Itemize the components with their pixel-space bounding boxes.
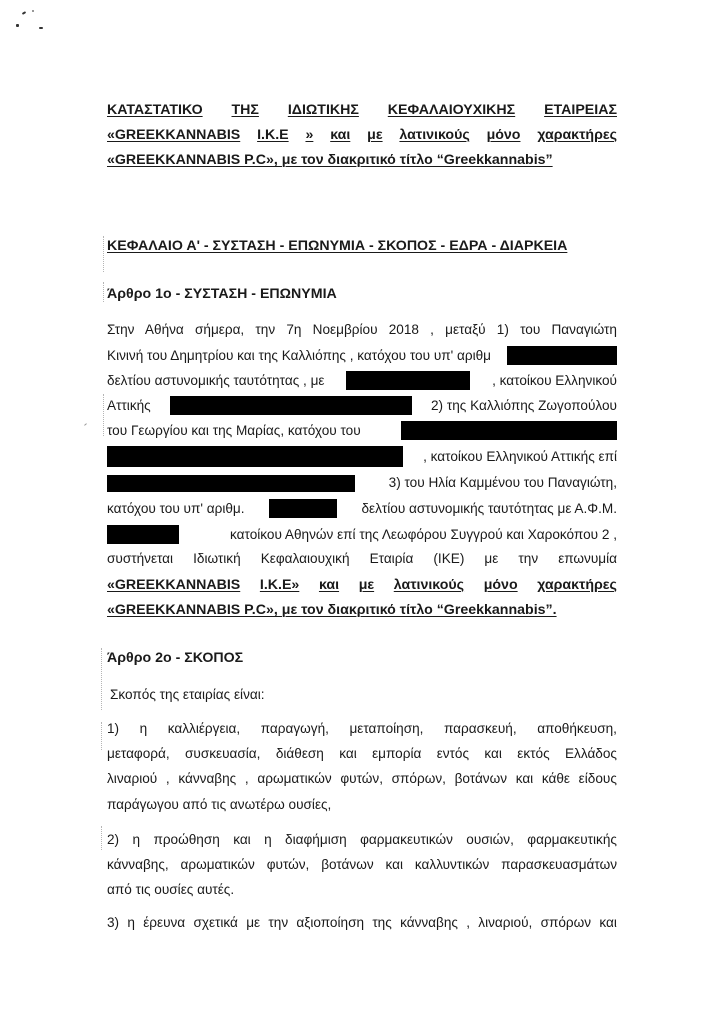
text-word: την bbox=[518, 550, 538, 568]
text-word: εμπορία bbox=[372, 745, 421, 763]
text-word: , bbox=[466, 914, 470, 932]
text-word: λιναριού, bbox=[478, 914, 532, 932]
article-1-line-5: του Γεωργίου και της Μαρίας, κατόχου του bbox=[107, 421, 617, 440]
text-word: με bbox=[484, 550, 498, 568]
article-1-line-8: κατόχου του υπ' αριθμ. δελτίου αστυνομικ… bbox=[107, 499, 617, 518]
text-segment: 3) του Ηλία Καμμένου του Παναγιώτη, bbox=[389, 474, 617, 492]
article-1-line-2: Κινινή του Δημητρίου και της Καλλιόπης ,… bbox=[107, 346, 617, 365]
margin-mark bbox=[101, 826, 103, 850]
text-word: Ιδιωτική bbox=[193, 550, 241, 568]
text-word: χαρακτήρες bbox=[537, 576, 617, 594]
text-word: I.K.E» bbox=[260, 576, 299, 594]
text-word: με bbox=[246, 914, 260, 932]
text-word: αποθήκευση, bbox=[537, 720, 617, 738]
article-1-heading: Άρθρο 1ο - ΣΥΣΤΑΣΗ - ΕΠΩΝΥΜΙΑ bbox=[107, 285, 617, 303]
margin-mark bbox=[101, 722, 103, 750]
redaction-box bbox=[401, 421, 617, 440]
redaction-box bbox=[107, 475, 355, 492]
text-word: διάθεση bbox=[276, 745, 324, 763]
article-1-line-7: 3) του Ηλία Καμμένου του Παναγιώτη, bbox=[107, 474, 617, 492]
text-word: Εταιρία bbox=[370, 550, 414, 568]
chapter-heading: ΚΕΦΑΛΑΙΟ Α' - ΣΥΣΤΑΣΗ - ΕΠΩΝΥΜΙΑ - ΣΚΟΠΟ… bbox=[107, 237, 617, 255]
text-word: η bbox=[132, 831, 140, 849]
scan-speck bbox=[84, 423, 87, 426]
text-word: και bbox=[339, 745, 357, 763]
redaction-box bbox=[269, 499, 337, 518]
margin-mark bbox=[101, 648, 103, 710]
title-word: ΚΑΤΑΣΤΑΤΙΚΟ bbox=[107, 101, 203, 119]
text-word: συστήνεται bbox=[107, 550, 173, 568]
article-1-line-12: «GREEKKANNABIS P.C», με τον διακριτικό τ… bbox=[107, 601, 617, 619]
title-word: με bbox=[367, 126, 382, 144]
text-word: κάνναβης, bbox=[107, 856, 169, 874]
article-2-item-1-line-4: παράγωγου από τις ανωτέρω ουσίες, bbox=[107, 796, 617, 814]
text-word: κάνναβης bbox=[400, 914, 458, 932]
text-word: ουσιών, bbox=[466, 831, 514, 849]
title-word: λατινικούς bbox=[399, 126, 469, 144]
text-word: κάνναβης bbox=[178, 770, 236, 788]
text-word: φαρμακευτικών bbox=[360, 831, 453, 849]
title-word: ΕΤΑΙΡΕΙΑΣ bbox=[544, 101, 617, 119]
article-2-item-2-line-1: 2) η προώθηση και η διαφήμιση φαρμακευτι… bbox=[107, 831, 617, 849]
text-segment: δελτίου αστυνομικής ταυτότητας με Α.Φ.Μ. bbox=[361, 500, 617, 518]
text-word: καλλυντικών bbox=[415, 856, 489, 874]
text-word: (ΙΚΕ) bbox=[433, 550, 464, 568]
redaction-box bbox=[107, 446, 403, 467]
text-word: κάθε bbox=[542, 770, 570, 788]
article-2-item-2-line-3: από τις ουσίες αυτές. bbox=[107, 881, 617, 899]
text-word: με bbox=[359, 576, 374, 594]
text-segment: δελτίου αστυνομικής ταυτότητας , με bbox=[107, 372, 324, 390]
text-word: και bbox=[516, 770, 534, 788]
text-word: συσκευασία, bbox=[185, 745, 260, 763]
text-word: μεταφορά, bbox=[107, 745, 170, 763]
text-word: της bbox=[372, 914, 391, 932]
article-2-item-2-line-2: κάνναβης, αρωματικών φυτών, βοτάνων και … bbox=[107, 856, 617, 874]
text-word: παρασκευή, bbox=[444, 720, 517, 738]
scanned-document-page: ΚΑΤΑΣΤΑΤΙΚΟ ΤΗΣ ΙΔΙΩΤΙΚΗΣ ΚΕΦΑΛΑΙΟΥΧΙΚΗΣ… bbox=[0, 0, 720, 1024]
text-word: μόνο bbox=[484, 576, 518, 594]
article-1-line-6: , κατοίκου Ελληνικού Αττικής επί bbox=[107, 446, 617, 467]
text-word: φυτών, bbox=[340, 770, 383, 788]
text-word: αρωματικών bbox=[257, 770, 331, 788]
text-word: προώθηση bbox=[153, 831, 219, 849]
article-2-item-1-line-3: λιναριού , κάνναβης , αρωματικών φυτών, … bbox=[107, 770, 617, 788]
text-word: «GREEKKANNABIS bbox=[107, 576, 240, 594]
text-word: επωνυμία bbox=[558, 550, 617, 568]
text-word: , bbox=[166, 770, 170, 788]
margin-mark bbox=[103, 394, 105, 436]
text-word: αρωματικών bbox=[181, 856, 255, 874]
article-2-heading: Άρθρο 2ο - ΣΚΟΠΟΣ bbox=[107, 649, 617, 667]
article-1-line-3: δελτίου αστυνομικής ταυτότητας , με , κα… bbox=[107, 371, 617, 390]
scan-speck bbox=[32, 10, 34, 12]
article-1-line-10: συστήνεται Ιδιωτική Κεφαλαιουχική Εταιρί… bbox=[107, 550, 617, 568]
text-word: η bbox=[264, 831, 272, 849]
text-segment: του Γεωργίου και της Μαρίας, κατόχου του bbox=[107, 422, 361, 440]
text-word: σπόρων, bbox=[392, 770, 446, 788]
text-word: η bbox=[127, 914, 135, 932]
text-word: σχετικά bbox=[193, 914, 237, 932]
scan-speck bbox=[16, 24, 19, 27]
text-word: παραγωγή, bbox=[261, 720, 329, 738]
article-2-item-1-line-2: μεταφορά, συσκευασία, διάθεση και εμπορί… bbox=[107, 745, 617, 763]
text-word: Κεφαλαιουχική bbox=[261, 550, 350, 568]
scan-speck bbox=[39, 27, 43, 29]
title-word: ΤΗΣ bbox=[232, 101, 259, 119]
document-title-line-2: «GREEKKANNABIS I.K.E » και με λατινικούς… bbox=[107, 126, 617, 144]
redaction-box bbox=[346, 371, 470, 390]
title-word: χαρακτήρες bbox=[537, 126, 617, 144]
margin-mark bbox=[103, 236, 105, 272]
text-word: διαφήμιση bbox=[285, 831, 347, 849]
text-word: εντός bbox=[437, 745, 469, 763]
article-1-line-9: κατοίκου Αθηνών επί της Λεωφόρου Συγγρού… bbox=[107, 525, 617, 544]
text-segment: , κατοίκου Ελληνικού Αττικής επί bbox=[423, 448, 617, 466]
text-segment: κατοίκου Αθηνών επί της Λεωφόρου Συγγρού… bbox=[230, 526, 617, 544]
text-word: βοτάνων bbox=[455, 770, 507, 788]
article-1-line-4: Αττικής 2) της Καλλιόπης Ζωγοπούλου bbox=[107, 396, 617, 415]
redaction-box bbox=[507, 346, 617, 365]
article-2-item-3-line-1: 3) η έρευνα σχετικά με την αξιοποίηση τη… bbox=[107, 914, 617, 932]
text-word: και bbox=[385, 856, 403, 874]
redaction-box bbox=[107, 525, 179, 544]
document-title-line-3: «GREEKKANNABIS P.C», με τον διακριτικό τ… bbox=[107, 151, 617, 169]
text-segment: , κατοίκου Ελληνικού bbox=[492, 372, 617, 390]
title-word: και bbox=[330, 126, 350, 144]
text-word: 3) bbox=[107, 914, 119, 932]
text-word: λατινικούς bbox=[394, 576, 464, 594]
text-word: 1) bbox=[107, 720, 119, 738]
article-1-line-11: «GREEKKANNABIS I.K.E» και με λατινικούς … bbox=[107, 576, 617, 594]
text-word: φαρμακευτικής bbox=[527, 831, 617, 849]
text-word: φυτών, bbox=[267, 856, 310, 874]
title-word: ΚΕΦΑΛΑΙΟΥΧΙΚΗΣ bbox=[388, 101, 515, 119]
document-title-line-1: ΚΑΤΑΣΤΑΤΙΚΟ ΤΗΣ ΙΔΙΩΤΙΚΗΣ ΚΕΦΑΛΑΙΟΥΧΙΚΗΣ… bbox=[107, 101, 617, 119]
text-word: , bbox=[245, 770, 249, 788]
text-word: έρευνα bbox=[143, 914, 185, 932]
text-word: την bbox=[268, 914, 288, 932]
text-word: και bbox=[233, 831, 251, 849]
article-2-intro: Σκοπός της εταιρίας είναι: bbox=[110, 686, 620, 704]
title-word: μόνο bbox=[487, 126, 521, 144]
margin-mark bbox=[103, 282, 105, 302]
article-2-item-1-line-1: 1) η καλλιέργεια, παραγωγή, μεταποίηση, … bbox=[107, 720, 617, 738]
title-word: » bbox=[305, 126, 313, 144]
text-segment: Αττικής bbox=[107, 397, 151, 415]
text-word: αξιοποίηση bbox=[296, 914, 364, 932]
text-word: και bbox=[484, 745, 502, 763]
text-word: παρασκευασμάτων bbox=[501, 856, 617, 874]
text-word: 2) bbox=[107, 831, 119, 849]
text-word: η bbox=[140, 720, 148, 738]
text-segment: Κινινή του Δημητρίου και της Καλλιόπης ,… bbox=[107, 347, 491, 365]
text-word: και bbox=[319, 576, 339, 594]
text-word: καλλιέργεια, bbox=[168, 720, 240, 738]
text-word: βοτάνων bbox=[321, 856, 373, 874]
article-1-line-1: Στην Αθήνα σήμερα, την 7η Νοεμβρίου 2018… bbox=[107, 321, 617, 339]
text-word: είδους bbox=[579, 770, 617, 788]
title-word: «GREEKKANNABIS bbox=[107, 126, 240, 144]
text-word: εκτός bbox=[517, 745, 549, 763]
text-word: Ελλάδος bbox=[565, 745, 617, 763]
text-word: σπόρων bbox=[541, 914, 591, 932]
text-word: μεταποίηση, bbox=[349, 720, 423, 738]
title-word: ΙΔΙΩΤΙΚΗΣ bbox=[288, 101, 359, 119]
title-word: I.K.E bbox=[257, 126, 289, 144]
scan-speck bbox=[22, 11, 26, 15]
text-word: λιναριού bbox=[107, 770, 157, 788]
text-segment: κατόχου του υπ' αριθμ. bbox=[107, 500, 245, 518]
text-segment: 2) της Καλλιόπης Ζωγοπούλου bbox=[431, 397, 617, 415]
text-word: και bbox=[599, 914, 617, 932]
redaction-box bbox=[170, 396, 412, 415]
